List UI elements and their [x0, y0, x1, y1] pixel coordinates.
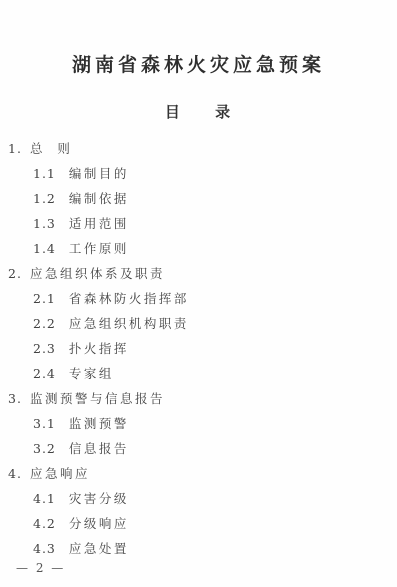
toc-item-text: 专家组	[69, 366, 114, 381]
toc-item-number: 1.2	[33, 186, 56, 211]
toc-item-text: 省森林防火指挥部	[69, 291, 189, 306]
toc-item-number: 2.	[8, 261, 22, 286]
toc-item-text: 应急组织机构职责	[69, 316, 189, 331]
toc-item-text: 扑火指挥	[69, 341, 129, 356]
toc-item-number: 4.	[8, 461, 22, 486]
toc-item-number: 1.	[8, 136, 22, 161]
toc-item-number: 3.	[8, 386, 22, 411]
toc-item-2-3: 2.3扑火指挥	[0, 336, 397, 361]
toc-item-1: 1.总 则	[0, 136, 397, 161]
toc-item-number: 4.3	[33, 536, 56, 561]
page-number: — 2 —	[16, 561, 65, 575]
toc-item-number: 2.3	[33, 336, 56, 361]
toc-item-3-1: 3.1监测预警	[0, 411, 397, 436]
toc-item-text: 应急响应	[30, 466, 90, 481]
toc-item-number: 2.2	[33, 311, 56, 336]
toc-item-number: 3.2	[33, 436, 56, 461]
toc-item-1-3: 1.3适用范围	[0, 211, 397, 236]
toc-item-2-2: 2.2应急组织机构职责	[0, 311, 397, 336]
toc-item-text: 监测预警	[69, 416, 129, 431]
toc-item-1-1: 1.1编制目的	[0, 161, 397, 186]
toc-item-text: 适用范围	[69, 216, 129, 231]
toc-item-number: 1.4	[33, 236, 56, 261]
toc-item-text: 应急处置	[69, 541, 129, 556]
toc-item-number: 3.1	[33, 411, 56, 436]
toc-item-4: 4.应急响应	[0, 461, 397, 486]
toc-item-text: 工作原则	[69, 241, 129, 256]
toc-item-number: 1.1	[33, 161, 56, 186]
toc-item-number: 4.1	[33, 486, 56, 511]
document-title: 湖南省森林火灾应急预案	[0, 50, 397, 77]
toc-item-1-2: 1.2编制依据	[0, 186, 397, 211]
toc-item-text: 应急组织体系及职责	[30, 266, 165, 281]
toc-item-2: 2.应急组织体系及职责	[0, 261, 397, 286]
toc-item-3-2: 3.2信息报告	[0, 436, 397, 461]
toc-item-number: 2.4	[33, 361, 56, 386]
toc-item-4-3: 4.3应急处置	[0, 536, 397, 561]
toc-item-2-1: 2.1省森林防火指挥部	[0, 286, 397, 311]
toc-item-number: 4.2	[33, 511, 56, 536]
toc-item-4-1: 4.1灾害分级	[0, 486, 397, 511]
toc-item-2-4: 2.4专家组	[0, 361, 397, 386]
toc-item-number: 1.3	[33, 211, 56, 236]
toc-item-text: 监测预警与信息报告	[30, 391, 165, 406]
toc-item-4-2: 4.2分级响应	[0, 511, 397, 536]
toc-item-text: 灾害分级	[69, 491, 129, 506]
toc-item-text: 编制依据	[69, 191, 129, 206]
toc-item-text: 信息报告	[69, 441, 129, 456]
toc-item-text: 编制目的	[69, 166, 129, 181]
toc-item-number: 2.1	[33, 286, 56, 311]
toc-item-1-4: 1.4工作原则	[0, 236, 397, 261]
document-page: 湖南省森林火灾应急预案 目 录 1.总 则 1.1编制目的 1.2编制依据 1.…	[0, 0, 397, 587]
toc-item-text: 总 则	[30, 141, 72, 156]
toc-list: 1.总 则 1.1编制目的 1.2编制依据 1.3适用范围 1.4工作原则 2.…	[0, 136, 397, 561]
toc-item-3: 3.监测预警与信息报告	[0, 386, 397, 411]
toc-item-text: 分级响应	[69, 516, 129, 531]
toc-heading: 目 录	[0, 101, 397, 122]
